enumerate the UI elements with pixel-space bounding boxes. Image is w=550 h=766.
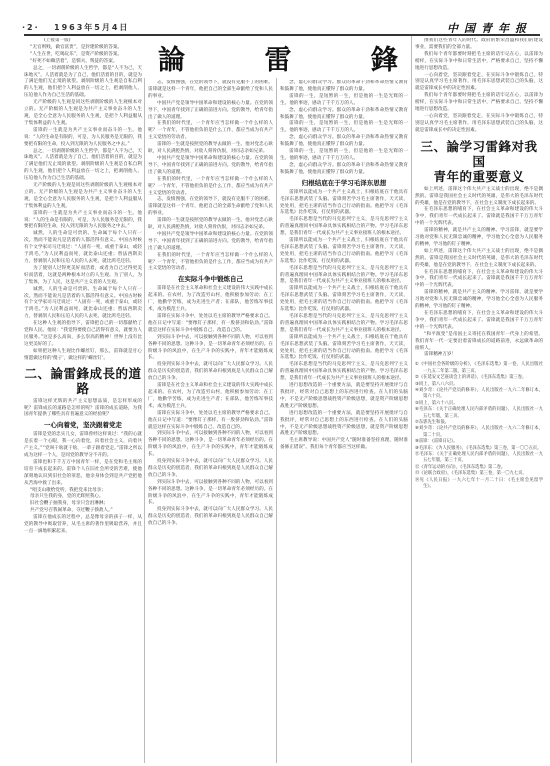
column-1: (上接第一版) “无官则贱，做官富贵”，是封建阶级的答案。 “人生在世，吃喝玩乐… (24, 38, 142, 763)
column-rule (144, 78, 145, 763)
masthead-rule (24, 34, 540, 36)
paragraph: 总之，一切剥削阶级的人生哲学，都是“人不为己，天诛地灭”。人活着就是为了自己，他… (24, 66, 142, 101)
paragraph: 雷锋所以能成为一个共产主义战士，归根结底在于他具有毛泽东思想武装了头脑。雷锋刻苦… (280, 190, 408, 218)
paragraph: 雷锋在实际斗争中，处处以毛主席的教导严格要求自己。他在日记中写道：“要像钉子那样… (148, 314, 273, 335)
paragraph: 到实际斗争中去，可以接触到各种不同的人物，可以看到各种不同的思想。这种斗争，是一… (148, 480, 273, 508)
paragraph: 诚然，人的生命是可贵的。生命属于每个人只有一次。然而不能说凡是活着的人都活得有意… (24, 287, 142, 322)
paragraph: 雷锋在他成长的过程中，总是像母亲的孩子一样，从党的教导中吸取营养，从毛主席的著作… (24, 515, 142, 536)
title-char: 鋒 (371, 38, 398, 74)
paragraph: 如上所述，雷锋这个伟大共产主义战士的出现，绝不是偶然的。雷锋是我国社会主义时代的… (415, 187, 543, 208)
paragraph: 念，虚心向群众学习。群众的革命干劲和革命热情又教育和鼓舞了他，使他真正懂得了群众… (280, 163, 408, 177)
paragraph: 无产阶级的人生观是同这些剥削阶级的人生观根本对立的。无产阶级的人生观是为共产主义… (24, 100, 142, 128)
paragraph: 中国共产党是领导中国革命和建设的核心力量。在党的领导下，中国青年找到了正确的前进… (148, 101, 273, 122)
heading-line: 青年的重要意义 (415, 169, 543, 184)
paragraph: 在我们的时代里，一个青年应当怎样做一个什么样的人呢？一个青年，不管他担负的是什么… (148, 253, 273, 274)
section-2-heading: 二、論雷鋒成長的道路 (24, 366, 142, 396)
paragraph: “无官则贱，做官富贵”，是封建阶级的答案。 (24, 45, 142, 52)
paragraph: 雷锋的一生就是按照党的教导去做的一生。他对党忠心耿耿，对人民满腔热情，对敌人刻骨… (148, 142, 273, 156)
footnote: ⑬《论联合政府》，《毛泽东选集》第三卷，第一〇九七页。 (415, 471, 543, 477)
article-title: 論 雷 鋒 (158, 38, 398, 74)
paragraph: 念，虚心向群众学习。群众的革命干劲和革命热情又教育和鼓舞了他，使他真正懂得了群众… (280, 108, 408, 122)
footnote: ⑪毛泽东：《关于正确处理人民内部矛盾的问题》，人民出版社一九五七年版，第三十页。 (415, 452, 543, 465)
column-2: 志，发愤图强，在党的领导下，就没有克服不了的困难。雷锋就是这样一个青年，他把自己… (148, 80, 273, 763)
paragraph: 毛泽东思想是当代的马克思列宁主义，是马克思列宁主义的普遍真理同中国革命具体实践相… (280, 362, 408, 383)
paragraph: 如果把这种人生观比作螺丝钉，那么，雷锋就是甘心情愿做这样的‘傻子’，做这样的‘螺… (24, 349, 142, 363)
paragraph: 总之，一切剥削阶级的人生哲学，都是“人不为己，天诛地灭”。人活着就是为了自己，他… (24, 149, 142, 184)
footnote: ⑧刘少奇：《论共产党员的修养》，人民出版社一九六二年修订本，第二十页。 (415, 426, 543, 439)
footnote: ②《在延安文艺座谈会上的讲话》，《毛泽东选集》第三卷。 (415, 375, 543, 381)
paragraph: 投身到实际斗争中去，就可以向广大人民群众学习。人民群众是历史的创造者，我们的革命… (148, 362, 273, 383)
paragraph: 中国共产党是领导中国革命和建设的核心力量。在党的领导下，中国青年找到了正确的前进… (148, 232, 273, 253)
paragraph: 雷锋所以能成为一个共产主义战士，归根结底在于他具有毛泽东思想武装了头脑。雷锋刻苦… (280, 335, 408, 363)
paragraph: 雷锋的一生，是短暂的一生，但是他的一生是光辉的一生。他的事迹，感动了千千万万的人… (280, 121, 408, 135)
paragraph: 我们每个青年都要时刻把毛主席的话牢记在心，以雷锋为榜样，在实际斗争中和日常生活中… (415, 52, 543, 73)
heading-line: 三、論学习雷鋒对我国 (415, 139, 543, 169)
title-char: 論 (158, 38, 185, 74)
paragraph: 为了使别人过得更美好而活着，或者为自己过得更美好而活着，这就是两种根本对立的人生… (24, 266, 142, 287)
paragraph: “好死不如赖活着”，是懦夫、叛徒的答案。 (24, 59, 142, 66)
closing-slogan: 雷锋精神万岁！ (415, 352, 543, 359)
paragraph: 雷锋的一生就是为共产主义事业而奋斗的一生。他说：“人的生命是有限的，可是，为人民… (24, 211, 142, 232)
footnote: ⑥毛泽东：《关于正确处理人民内部矛盾的问题》，人民出版社一九五七年版，第三页。 (415, 407, 543, 420)
footnotes: ①《中国社会各阶级的分析》，《毛泽东选集》第一卷，人民出版社一九五二年第二版，第… (415, 362, 543, 490)
paragraph: 在我们的时代里，一个青年应当怎样做一个什么样的人呢？一个青年，不管他担负的是什么… (148, 177, 273, 198)
footnote: ④刘少奇：《论共产党员的修养》，人民出版社一九六二年修订本，第六十页。 (415, 388, 543, 401)
paragraph: 雷锋的精神，就是共产主义的精神。学习雷锋，就是要学习他对党和人民无限忠诚的精神，… (415, 228, 543, 249)
paragraph: 到实际斗争中去，可以接触到各种不同的人物，可以看到各种不同的思想。这种斗争，是一… (148, 335, 273, 363)
paragraph: 一心向着党，坚决跟着党走，在实际斗争中锻炼自己，特别是认真学习毛主席著作，用毛泽… (415, 73, 543, 94)
subheading: 一心向着党，坚决跟着党走 (24, 421, 142, 430)
paragraph: 雷锋所以能成为一个共产主义战士，归根结底在于他具有毛泽东思想武装了头脑。雷锋刻苦… (280, 286, 408, 314)
paragraph: 志，发愤图强，在党的领导下，就没有克服不了的困难。雷锋就是这样一个青年，他把自己… (148, 197, 273, 218)
paragraph: 中国共产党是领导中国革命和建设的核心力量。在党的领导下，中国青年找到了正确的前进… (148, 156, 273, 177)
paragraph: 雷锋在实际斗争中，处处以毛主席的教导严格要求自己。他在日记中写道：“要像钉子那样… (148, 411, 273, 432)
paragraph: 毛泽东思想是当代的马克思列宁主义，是马克思列宁主义的普遍真理同中国革命具体实践相… (280, 217, 408, 238)
paragraph: 雷锋也和千千万万中国青年一样，是在党和毛主席的培育下成长起来的。雷锋个人在旧社会… (24, 460, 142, 488)
subheading: 在实际斗争中锻炼自己 (148, 275, 273, 284)
paragraph: 念，虚心向群众学习。群众的革命干劲和革命热情又教育和鼓舞了他，使他真正懂得了群众… (280, 135, 408, 149)
section-3-heading: 三、論学习雷鋒对我国 青年的重要意义 (415, 139, 543, 184)
title-char: 雷 (265, 38, 292, 74)
paragraph: 在毛泽东思想的哺育下，在社会主义革命和建设的伟大斗争中，我们青年一代成长起来了。… (415, 207, 543, 228)
paragraph: 一心向着党，坚决跟着党走，在实际斗争中锻炼自己，特别是认真学习毛主席著作，用毛泽… (415, 114, 543, 135)
paragraph: 在毛泽东思想的哺育下，在社会主义革命和建设的伟大斗争中，我们青年一代成长起来了。… (415, 270, 543, 291)
paragraph: 毛主席教导说：中国共产党人“随时准备坚持真理，随时准备修正错误”。我们每个青年都… (280, 438, 408, 452)
paragraph: 我们每个青年都要时刻把毛主席的话牢记在心，以雷锋为榜样，在实际斗争中和日常生活中… (415, 93, 543, 114)
column-rule (411, 36, 412, 763)
paragraph: “人生在世，吃喝玩乐”，是资产阶级的答案。 (24, 52, 142, 59)
paragraph: 雷锋的一生就是按照党的教导去做的一生。他对党忠心耿耿，对人民满腔热情，对敌人刻骨… (148, 218, 273, 232)
paragraph: 投身到实际斗争中去，就可以向广大人民群众学习。人民群众是历史的创造者，我们的革命… (148, 507, 273, 528)
footnote: ①《中国社会各阶级的分析》，《毛泽东选集》第一卷，人民出版社一九五二年第二版，第… (415, 362, 543, 375)
paragraph: 围我们这些青年人的时代。政府的繁荣昌盛和我们的建设事业，需要我们的全部力量。 (415, 38, 543, 52)
paragraph: 到实际斗争中去，可以接触到各种不同的人物，可以看到各种不同的思想。这种斗争，是一… (148, 431, 273, 459)
continued-note: (上接第一版) (24, 38, 142, 45)
paragraph: 雷锋的精神，就是共产主义的精神。学习雷锋，就是要学习他对党和人民无限忠诚的精神，… (415, 290, 543, 311)
paragraph: 进行思想改造的一个重要方法，就是要坚持开展批评与自我批评，经常对自己思想上的东西… (280, 411, 408, 439)
paragraph: 无产阶级的人生观是同这些剥削阶级的人生观根本对立的。无产阶级的人生观是为共产主义… (24, 183, 142, 211)
paragraph: 雷锋是党的忠实儿女，雷锋曾经这样说过：“我的心就是长着一个心眼，我一心向着党，向… (24, 432, 142, 460)
column-rule (276, 78, 277, 763)
paragraph: 如上所述，雷锋这个伟大共产主义战士的出现，绝不是偶然的。雷锋是我国社会主义时代的… (415, 249, 543, 270)
paragraph: 进行思想改造的一个重要方法，就是要坚持开展批评与自我批评，经常对自己思想上的东西… (280, 383, 408, 411)
paragraph: 志，发愤图强，在党的领导下，就没有克服不了的困难。雷锋就是这样一个青年，他把自己… (148, 80, 273, 101)
paragraph: 雷锋的一生，是短暂的一生，但是他的一生是光辉的一生。他的事迹，感动了千千万万的人… (280, 94, 408, 108)
paragraph: “和平演变”是帝国主义寄托在我国青年一代身上的希望。我们青年一代一定要沿着雷锋成… (415, 332, 543, 353)
paragraph: 投身到实际斗争中去，就可以向广大人民群众学习。人民群众是历史的创造者，我们的革命… (148, 459, 273, 480)
paragraph: 诚然，人的生命是可贵的。生命属于每个人只有一次。然而不能说凡是活着的人都活得有意… (24, 231, 142, 266)
column-4: 围我们这些青年人的时代。政府的繁荣昌盛和我们的建设事业，需要我们的全部力量。 我… (415, 38, 543, 763)
paragraph: 在毛泽东思想的哺育下，在社会主义革命和建设的伟大斗争中，我们青年一代成长起来了。… (415, 311, 543, 332)
paragraph: 在我们的时代里，一个青年应当怎样做一个什么样的人呢？一个青年，不管他担负的是什么… (148, 121, 273, 142)
paragraph: 毛泽东思想是当代的马克思列宁主义，是马克思列宁主义的普遍真理同中国革命具体实践相… (280, 314, 408, 335)
paragraph: 雷锋这样光辉的共产主义思想品质，是怎样形成的呢？雷锋成长的道路是怎样的呢？雷锋的… (24, 399, 142, 420)
paragraph: 雷锋是在社会主义革命和社会主义建设的伟大实践中成长起来的。在农村，为了改造穷山村… (148, 383, 273, 411)
column-3: 念，虚心向群众学习。群众的革命干劲和革命热情又教育和鼓舞了他，使他真正懂得了群众… (280, 80, 408, 763)
footnote: ⑭见《人民日报》一九六七年十一月二十日：《毛主席会见留学生》。 (415, 478, 543, 491)
paragraph: 雷锋的一生，是短暂的一生，但是他的一生是光辉的一生。他的事迹，感动了千千万万的人… (280, 149, 408, 163)
subheading: 归根结底在于学习毛泽东思想 (280, 179, 408, 188)
paragraph: 在这种人生观的指导下，雷锋把自己的一切都献给了党和人民。他说：“我觉得要使自己活… (24, 321, 142, 349)
paragraph: 雷锋所以能成为一个共产主义战士，归根结底在于他具有毛泽东思想武装了头脑。雷锋刻苦… (280, 238, 408, 266)
paragraph: 雷锋是在社会主义革命和社会主义建设的伟大实践中成长起来的。在农村，为了改造穷山村… (148, 286, 273, 314)
paragraph: 雷锋的一生就是为共产主义事业而奋斗的一生。他说：“人的生命是有限的，可是，为人民… (24, 128, 142, 149)
paragraph: 念，虚心向群众学习。群众的革命干劲和革命热情又教育和鼓舞了他，使他真正懂得了群众… (280, 80, 408, 94)
paragraph: 毛泽东思想是当代的马克思列宁主义，是马克思列宁主义的普遍真理同中国革命具体实践相… (280, 266, 408, 287)
page-number-and-date: ·2· 1963年5月4日 (22, 22, 129, 33)
